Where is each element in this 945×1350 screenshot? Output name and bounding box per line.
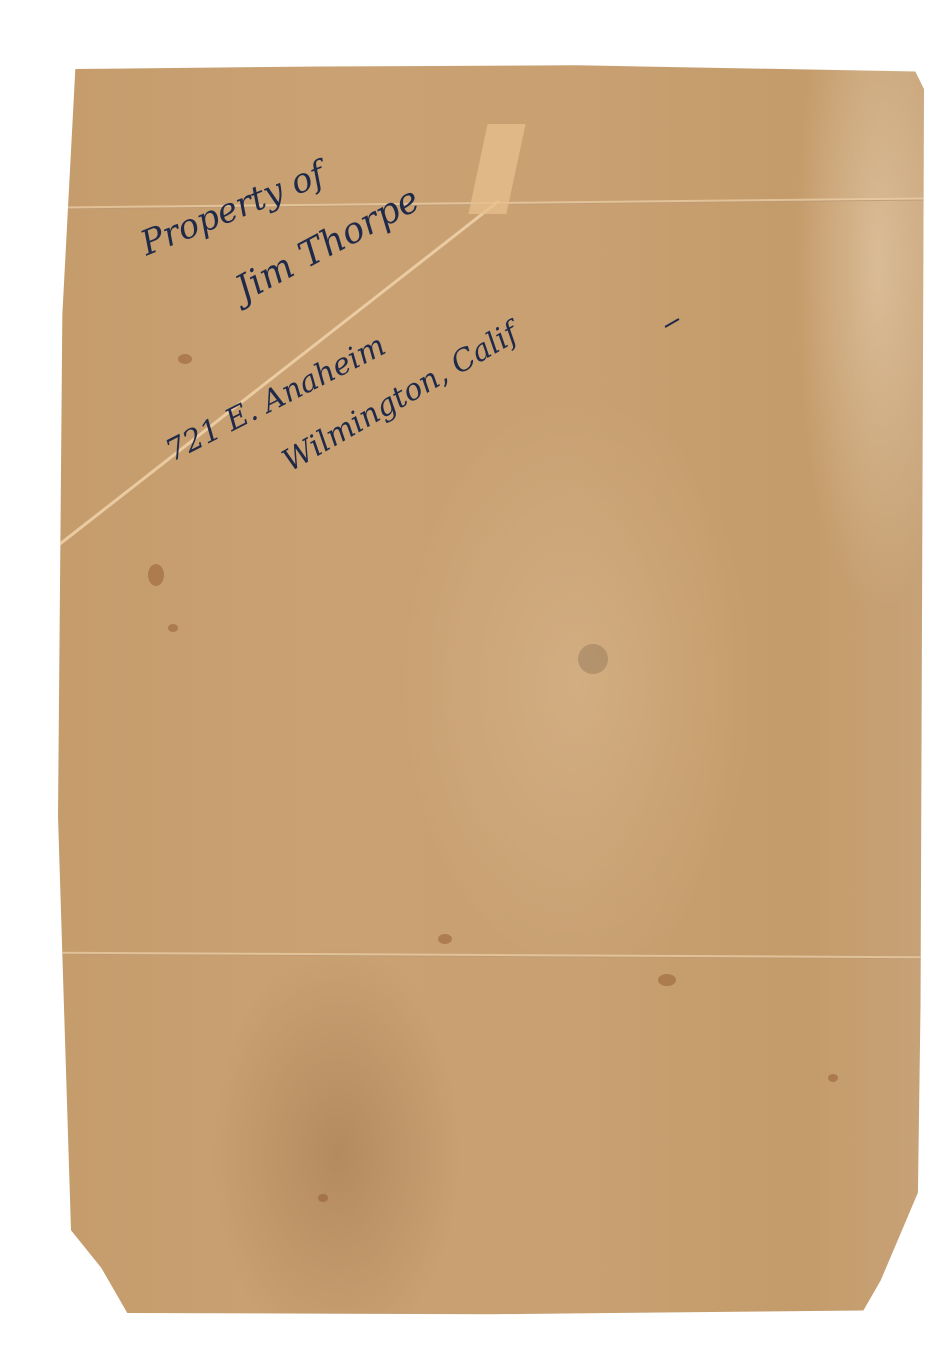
stain-spot [318, 1194, 328, 1202]
torn-patch [468, 124, 525, 214]
stain-spot [148, 564, 164, 586]
stain-spot [438, 934, 452, 944]
stain-smudge [578, 644, 608, 674]
paper-sheet: Property of Jim Thorpe 721 E. Anaheim Wi… [58, 64, 924, 1318]
ink-dash-mark [665, 318, 680, 328]
stain-spot [828, 1074, 838, 1082]
fold-crease-bottom [58, 952, 924, 960]
stain-spot [168, 624, 178, 632]
stain-spot [658, 974, 676, 986]
stain-spot [178, 354, 192, 364]
